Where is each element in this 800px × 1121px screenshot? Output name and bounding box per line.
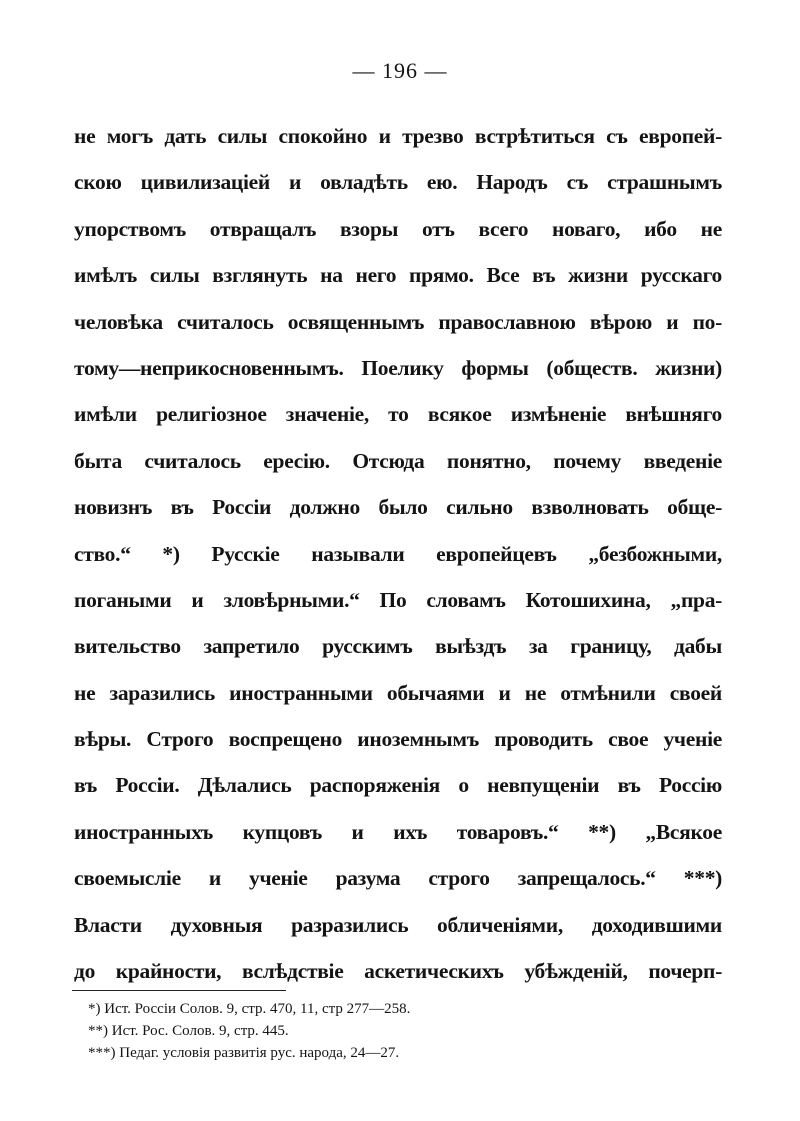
footnote: ***) Педаг. условія развитія рус. народа… bbox=[88, 1042, 688, 1064]
text-line: своемысліе и ученіе разума строго запрещ… bbox=[74, 855, 722, 901]
text-line: Власти духовныя разразились обличеніями,… bbox=[74, 902, 722, 948]
footnote-divider bbox=[72, 990, 286, 991]
footnotes: *) Ист. Россіи Солов. 9, стр. 470, 11, с… bbox=[88, 998, 688, 1064]
text-line: имѣлъ силы взглянуть на него прямо. Все … bbox=[74, 252, 722, 298]
text-line: до крайности, вслѣдствіе аскетическихъ у… bbox=[74, 948, 722, 994]
text-line: въ Россіи. Дѣлались распоряженія о невпу… bbox=[74, 762, 722, 808]
text-line: человѣка считалось освященнымъ православ… bbox=[74, 299, 722, 345]
text-line: имѣли религіозное значеніе, то всякое из… bbox=[74, 391, 722, 437]
text-line: упорствомъ отвращалъ взоры отъ всего нов… bbox=[74, 206, 722, 252]
page-number: — 196 — bbox=[0, 58, 800, 84]
text-line: иностранныхъ купцовъ и ихъ товаровъ.“ **… bbox=[74, 809, 722, 855]
footnote: *) Ист. Россіи Солов. 9, стр. 470, 11, с… bbox=[88, 998, 688, 1020]
text-line: не могъ дать силы спокойно и трезво встр… bbox=[74, 113, 722, 159]
footnote: **) Ист. Рос. Солов. 9, стр. 445. bbox=[88, 1020, 688, 1042]
text-line: не заразились иностранными обычаями и не… bbox=[74, 670, 722, 716]
text-line: вительство запретило русскимъ выѣздъ за … bbox=[74, 623, 722, 669]
text-line: ство.“ *) Русскіе называли европейцевъ „… bbox=[74, 531, 722, 577]
text-line: погаными и зловѣрными.“ По словамъ Котош… bbox=[74, 577, 722, 623]
text-line: новизнъ въ Россіи должно было сильно взв… bbox=[74, 484, 722, 530]
text-line: быта считалось ересію. Отсюда понятно, п… bbox=[74, 438, 722, 484]
text-line: скою цивилизаціей и овладѣть ею. Народъ … bbox=[74, 159, 722, 205]
body-text: не могъ дать силы спокойно и трезво встр… bbox=[74, 113, 722, 994]
text-line: вѣры. Строго воспрещено иноземнымъ прово… bbox=[74, 716, 722, 762]
text-line: тому—неприкосновеннымъ. Поелику формы (о… bbox=[74, 345, 722, 391]
